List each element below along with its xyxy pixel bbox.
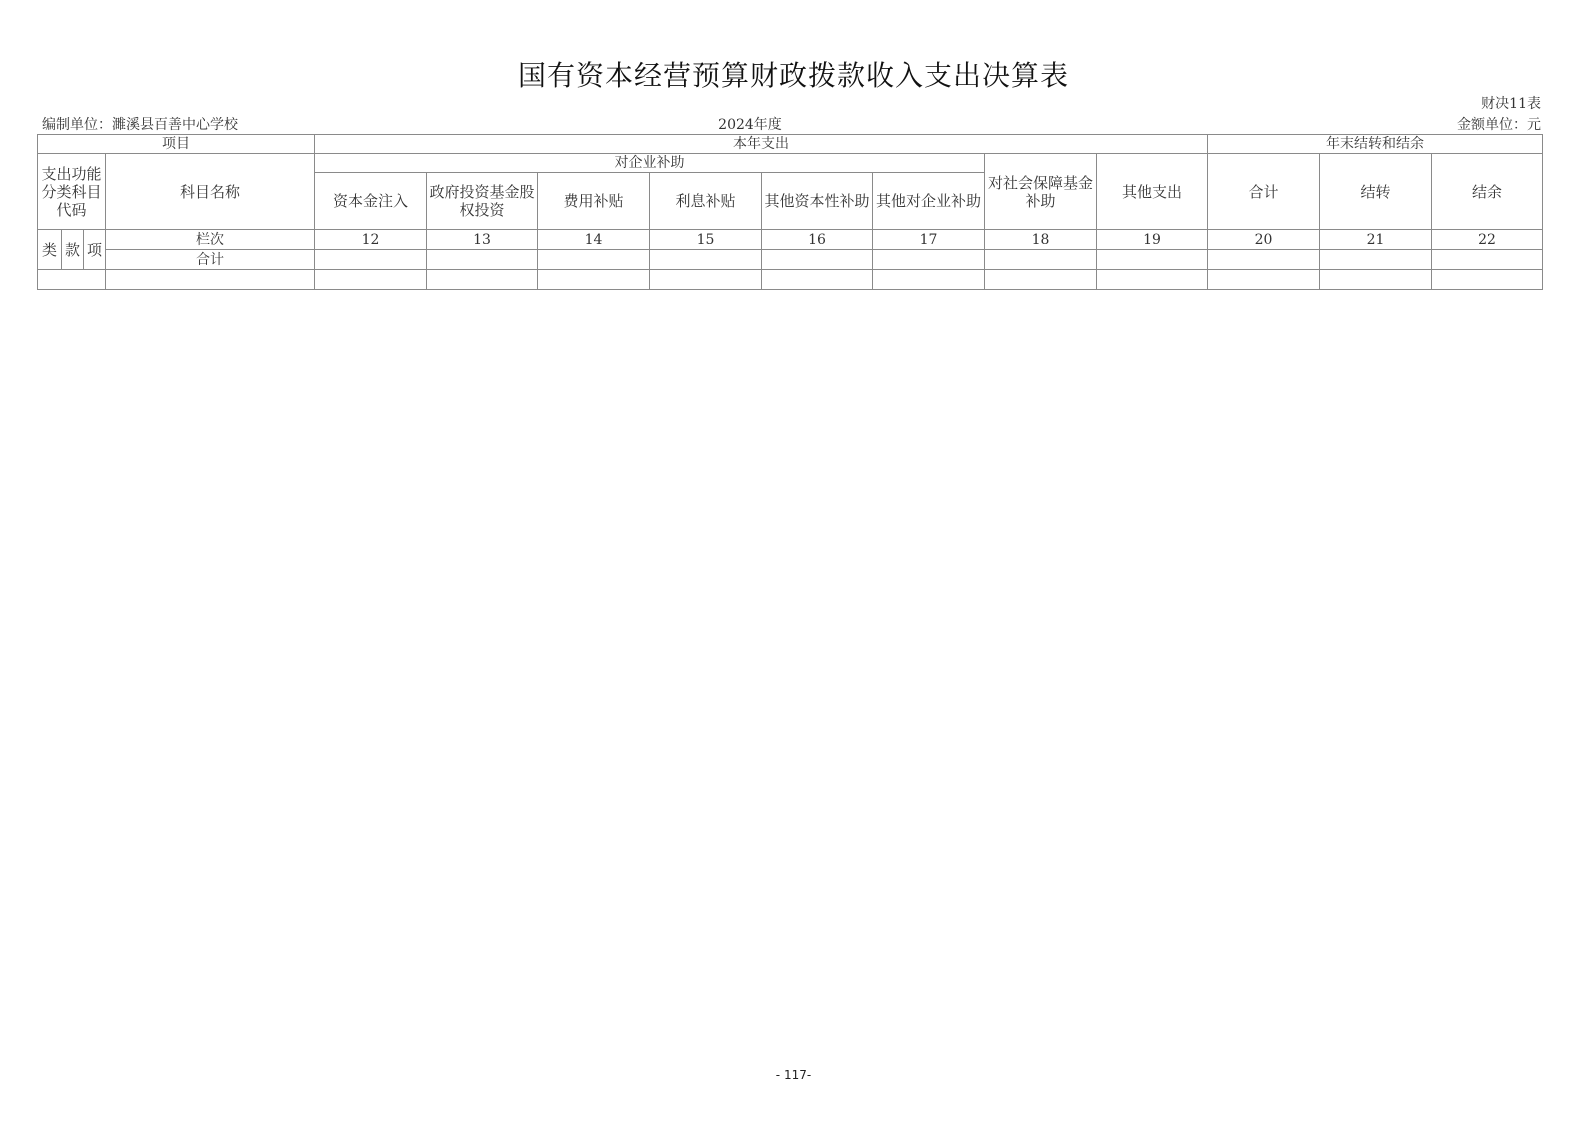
header-col-expense-subsidy: 费用补贴	[538, 173, 650, 230]
page-title: 国有资本经营预算财政拨款收入支出决算表	[0, 54, 1587, 94]
header-subject-name: 科目名称	[106, 154, 315, 230]
code-part-item: 项	[84, 230, 106, 270]
total-cell	[650, 250, 762, 270]
total-cell	[1208, 250, 1320, 270]
header-col-other-enterprise-subsidy: 其他对企业补助	[873, 173, 985, 230]
header-col-capital-injection: 资本金注入	[315, 173, 427, 230]
total-cell	[1432, 250, 1543, 270]
empty-cell	[873, 270, 985, 290]
header-col-other-capital-subsidy: 其他资本性补助	[762, 173, 873, 230]
header-col-gov-fund-equity: 政府投资基金股权投资	[427, 173, 538, 230]
header-col-total: 合计	[1208, 154, 1320, 230]
total-row: 合计	[38, 250, 1543, 270]
header-year-end-balance: 年末结转和结余	[1208, 135, 1543, 154]
header-col-carryover: 结转	[1320, 154, 1432, 230]
code-part-section: 款	[62, 230, 84, 270]
empty-cell	[38, 270, 106, 290]
column-number: 12	[315, 230, 427, 250]
header-col-surplus: 结余	[1432, 154, 1543, 230]
total-cell	[1320, 250, 1432, 270]
total-cell	[427, 250, 538, 270]
column-number: 18	[985, 230, 1097, 250]
total-cell	[538, 250, 650, 270]
empty-cell	[315, 270, 427, 290]
empty-cell	[538, 270, 650, 290]
empty-cell	[762, 270, 873, 290]
fiscal-year: 2024年度	[0, 114, 1500, 134]
amount-unit: 金额单位：元	[1457, 114, 1541, 134]
header-item: 项目	[38, 135, 315, 154]
column-number: 14	[538, 230, 650, 250]
column-number: 17	[873, 230, 985, 250]
header-row-1: 项目 本年支出 年末结转和结余	[38, 135, 1543, 154]
empty-row	[38, 270, 1543, 290]
total-cell	[985, 250, 1097, 270]
column-number: 16	[762, 230, 873, 250]
page-number: - 117-	[0, 1068, 1587, 1082]
header-col-interest-subsidy: 利息补贴	[650, 173, 762, 230]
total-label: 合计	[106, 250, 315, 270]
form-number: 财决11表	[1481, 93, 1541, 113]
column-number: 15	[650, 230, 762, 250]
empty-cell	[1432, 270, 1543, 290]
column-number: 20	[1208, 230, 1320, 250]
header-col-other-expense: 其他支出	[1097, 154, 1208, 230]
header-current-year-expense: 本年支出	[315, 135, 1208, 154]
code-part-class: 类	[38, 230, 62, 270]
total-cell	[762, 250, 873, 270]
budget-table: 项目 本年支出 年末结转和结余 支出功能分类科目代码 科目名称 对企业补助 对社…	[37, 134, 1543, 290]
empty-cell	[1097, 270, 1208, 290]
empty-cell	[1320, 270, 1432, 290]
column-number: 22	[1432, 230, 1543, 250]
empty-cell	[985, 270, 1097, 290]
total-cell	[873, 250, 985, 270]
column-index-label: 栏次	[106, 230, 315, 250]
header-row-2: 支出功能分类科目代码 科目名称 对企业补助 对社会保障基金补助 其他支出 合计 …	[38, 154, 1543, 173]
column-number: 13	[427, 230, 538, 250]
code-label-text: 支出功能分类科目代码	[41, 165, 101, 219]
empty-cell	[106, 270, 315, 290]
column-index-row: 类 款 项 栏次 12 13 14 15 16 17 18 19 20 21 2…	[38, 230, 1543, 250]
header-code-label: 支出功能分类科目代码	[38, 154, 106, 230]
header-enterprise-subsidy: 对企业补助	[315, 154, 985, 173]
header-col-social-security: 对社会保障基金补助	[985, 154, 1097, 230]
total-cell	[1097, 250, 1208, 270]
empty-cell	[427, 270, 538, 290]
empty-cell	[1208, 270, 1320, 290]
column-number: 19	[1097, 230, 1208, 250]
empty-cell	[650, 270, 762, 290]
column-number: 21	[1320, 230, 1432, 250]
total-cell	[315, 250, 427, 270]
